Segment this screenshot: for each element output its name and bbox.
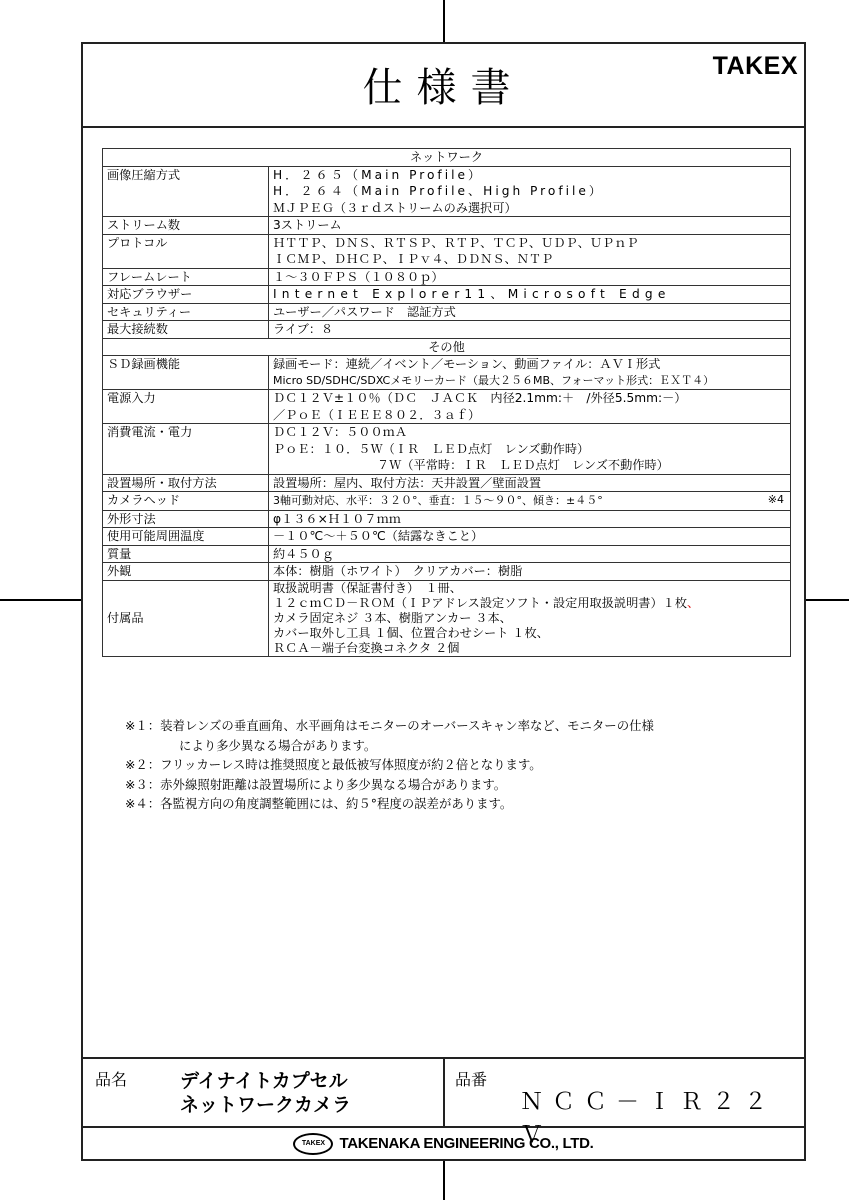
value-line: ＭＪＰＥＧ（３ｒｄストリームのみ選択可） [273,200,786,217]
table-row: カメラヘッド 3軸可動対応、水平：３２０°、垂直：１５～９０°、傾き：±４５° … [103,492,791,511]
value-line: カバー取外し工具 １個、位置合わせシート １枚、 [273,626,786,641]
value-line: カメラ固定ネジ ３本、樹脂アンカー ３本、 [273,611,786,626]
row-value: １～３０ＦＰＳ（１０８０ｐ） [269,268,791,286]
row-value: 本体：樹脂（ホワイト） クリアカバー：樹脂 [269,563,791,581]
row-label: 電源入力 [103,390,269,424]
table-row: ストリーム数 3ストリーム [103,217,791,235]
value-line: ＤＣ１２Ｖ：５００ｍＡ [273,424,786,441]
section-header-row: その他 [103,338,791,356]
footnote-3: ※３：赤外線照射距離は設置場所により多少異なる場合があります。 [125,775,654,795]
footnote-1: ※１：装着レンズの垂直画角、水平画角はモニターのオーバースキャン率など、モニター… [125,716,654,736]
row-label: 使用可能周囲温度 [103,528,269,546]
table-row: 外形寸法 φ１３６×Ｈ１０７ｍｍ [103,510,791,528]
row-label: ＳＤ録画機能 [103,356,269,390]
row-label: 消費電流・電力 [103,424,269,475]
row-value: ＤＣ１２Ｖ：５００ｍＡ ＰｏＥ：１０．５Ｗ（ＩＲ ＬＥＤ点灯 レンズ動作時） ７… [269,424,791,475]
table-row: ＳＤ録画機能 録画モード：連続／イベント／モーション、動画ファイル：ＡＶＩ形式 … [103,356,791,390]
value-line: H．２６５（Main Profile） [273,167,786,184]
row-label: 最大接続数 [103,321,269,339]
row-label: 付属品 [103,580,269,656]
value-line: Micro SD/SDHC/SDXCメモリーカード（最大２５６MB、フォーマット… [273,373,786,390]
value-line: ７Ｗ（平常時：ＩＲ ＬＥＤ点灯 レンズ不動作時） [273,457,786,474]
row-value: 設置場所：屋内、取付方法：天井設置／壁面設置 [269,474,791,492]
value-line: H．２６４（Main Profile、High Profile） [273,183,786,200]
table-row: 質量 約４５０ｇ [103,545,791,563]
table-row: 設置場所・取付方法 設置場所：屋内、取付方法：天井設置／壁面設置 [103,474,791,492]
row-value: φ１３６×Ｈ１０７ｍｍ [269,510,791,528]
table-row: 使用可能周囲温度 －１０℃～＋５０℃（結露なきこと） [103,528,791,546]
brand-logo: TAKEX [713,52,798,81]
row-value: Internet Explorer11、Microsoft Edge [269,286,791,304]
value-line: 3軸可動対応、水平：３２０°、垂直：１５～９０°、傾き：±４５° [273,494,603,507]
row-label: 質量 [103,545,269,563]
footnote-4: ※４：各監視方向の角度調整範囲には、約５°程度の誤差があります。 [125,794,654,814]
company-footer: TAKEX TAKENAKA ENGINEERING CO., LTD. [83,1126,804,1161]
product-name-label: 品名 [95,1067,127,1090]
table-row: 対応ブラウザー Internet Explorer11、Microsoft Ed… [103,286,791,304]
row-value: ライブ：８ [269,321,791,339]
row-value: 取扱説明書（保証書付き） １冊、 １２ｃｍＣＤ－ＲＯＭ（ＩＰアドレス設定ソフト・… [269,580,791,656]
section-network: ネットワーク [103,149,791,167]
row-value: H．２６５（Main Profile） H．２６４（Main Profile、H… [269,166,791,217]
takex-logo-icon: TAKEX [293,1133,333,1155]
table-row: 画像圧縮方式 H．２６５（Main Profile） H．２６４（Main Pr… [103,166,791,217]
value-line: ＰｏＥ：１０．５Ｗ（ＩＲ ＬＥＤ点灯 レンズ動作時） [273,441,786,458]
product-info-block: 品名 デイナイトカプセル ネットワークカメラ 品番 ＮＣＣ－ＩＲ２２Ｖ [83,1057,804,1128]
page-title: 仕様書 [83,56,804,113]
footnote-1-cont: により多少異なる場合があります。 [125,736,654,756]
table-row: 消費電流・電力 ＤＣ１２Ｖ：５００ｍＡ ＰｏＥ：１０．５Ｗ（ＩＲ ＬＥＤ点灯 レ… [103,424,791,475]
table-row: 最大接続数 ライブ：８ [103,321,791,339]
table-row: プロトコル ＨＴＴＰ、ＤＮＳ、ＲＴＳＰ、ＲＴＰ、ＴＣＰ、ＵＤＰ、ＵＰｎＰ ＩＣＭ… [103,234,791,268]
row-label: セキュリティー [103,303,269,321]
crop-mark-right [806,599,849,601]
row-value: 録画モード：連続／イベント／モーション、動画ファイル：ＡＶＩ形式 Micro S… [269,356,791,390]
table-row: セキュリティー ユーザー／パスワード 認証方式 [103,303,791,321]
crop-mark-left [0,599,81,601]
section-other: その他 [103,338,791,356]
value-line: ＤＣ１２Ｖ±１０％（ＤＣ ＪＡＣＫ 内径2.1mm:＋ /外径5.5mm:－） [273,390,786,407]
row-label: 外形寸法 [103,510,269,528]
table-row: 電源入力 ＤＣ１２Ｖ±１０％（ＤＣ ＪＡＣＫ 内径2.1mm:＋ /外径5.5m… [103,390,791,424]
value-line: 取扱説明書（保証書付き） １冊、 [273,581,786,596]
value-line: ＩＣＭＰ、ＤＨＣＰ、ＩＰｖ４、ＤＤＮＳ、ＮＴＰ [273,251,786,268]
row-label: プロトコル [103,234,269,268]
table-row: 外観 本体：樹脂（ホワイト） クリアカバー：樹脂 [103,563,791,581]
row-label: 画像圧縮方式 [103,166,269,217]
row-value: ＨＴＴＰ、ＤＮＳ、ＲＴＳＰ、ＲＴＰ、ＴＣＰ、ＵＤＰ、ＵＰｎＰ ＩＣＭＰ、ＤＨＣＰ… [269,234,791,268]
company-name: TAKENAKA ENGINEERING CO., LTD. [339,1135,593,1152]
section-header-row: ネットワーク [103,149,791,167]
value-line: １２ｃｍＣＤ－ＲＯＭ（ＩＰアドレス設定ソフト・設定用取扱説明書）１枚、 [273,596,786,611]
row-label: 対応ブラウザー [103,286,269,304]
footnotes: ※１：装着レンズの垂直画角、水平画角はモニターのオーバースキャン率など、モニター… [125,716,654,814]
footnote-2: ※２：フリッカーレス時は推奨照度と最低被写体照度が約２倍となります。 [125,755,654,775]
row-label: ストリーム数 [103,217,269,235]
row-value: －１０℃～＋５０℃（結露なきこと） [269,528,791,546]
value-line: ＨＴＴＰ、ＤＮＳ、ＲＴＳＰ、ＲＴＰ、ＴＣＰ、ＵＤＰ、ＵＰｎＰ [273,235,786,252]
row-label: 設置場所・取付方法 [103,474,269,492]
row-label: カメラヘッド [103,492,269,511]
value-line: ／ＰｏＥ（ＩＥＥＥ８０２．３ａｆ） [273,407,786,424]
spec-table: ネットワーク 画像圧縮方式 H．２６５（Main Profile） H．２６４（… [102,148,791,657]
crop-mark-bottom [443,1161,445,1200]
value-line: ＲＣＡ－端子台変換コネクタ ２個 [273,641,786,656]
divider [443,1059,445,1126]
footnote-ref: ※4 [768,492,784,509]
row-value: 約４５０ｇ [269,545,791,563]
red-comma: 、 [687,596,699,610]
row-value: 3軸可動対応、水平：３２０°、垂直：１５～９０°、傾き：±４５° ※4 [269,492,791,511]
document-frame: 仕様書 TAKEX ネットワーク 画像圧縮方式 H．２６５（Main Profi… [81,42,806,1161]
row-label: フレームレート [103,268,269,286]
title-bar: 仕様書 TAKEX [83,44,804,128]
product-name: デイナイトカプセル ネットワークカメラ [180,1069,351,1117]
row-value: 3ストリーム [269,217,791,235]
row-label: 外観 [103,563,269,581]
row-value: ＤＣ１２Ｖ±１０％（ＤＣ ＪＡＣＫ 内径2.1mm:＋ /外径5.5mm:－） … [269,390,791,424]
row-value: ユーザー／パスワード 認証方式 [269,303,791,321]
crop-mark-top [443,0,445,42]
value-line: 録画モード：連続／イベント／モーション、動画ファイル：ＡＶＩ形式 [273,356,786,373]
table-row: フレームレート １～３０ＦＰＳ（１０８０ｐ） [103,268,791,286]
table-row: 付属品 取扱説明書（保証書付き） １冊、 １２ｃｍＣＤ－ＲＯＭ（ＩＰアドレス設定… [103,580,791,656]
product-number-label: 品番 [455,1067,487,1090]
